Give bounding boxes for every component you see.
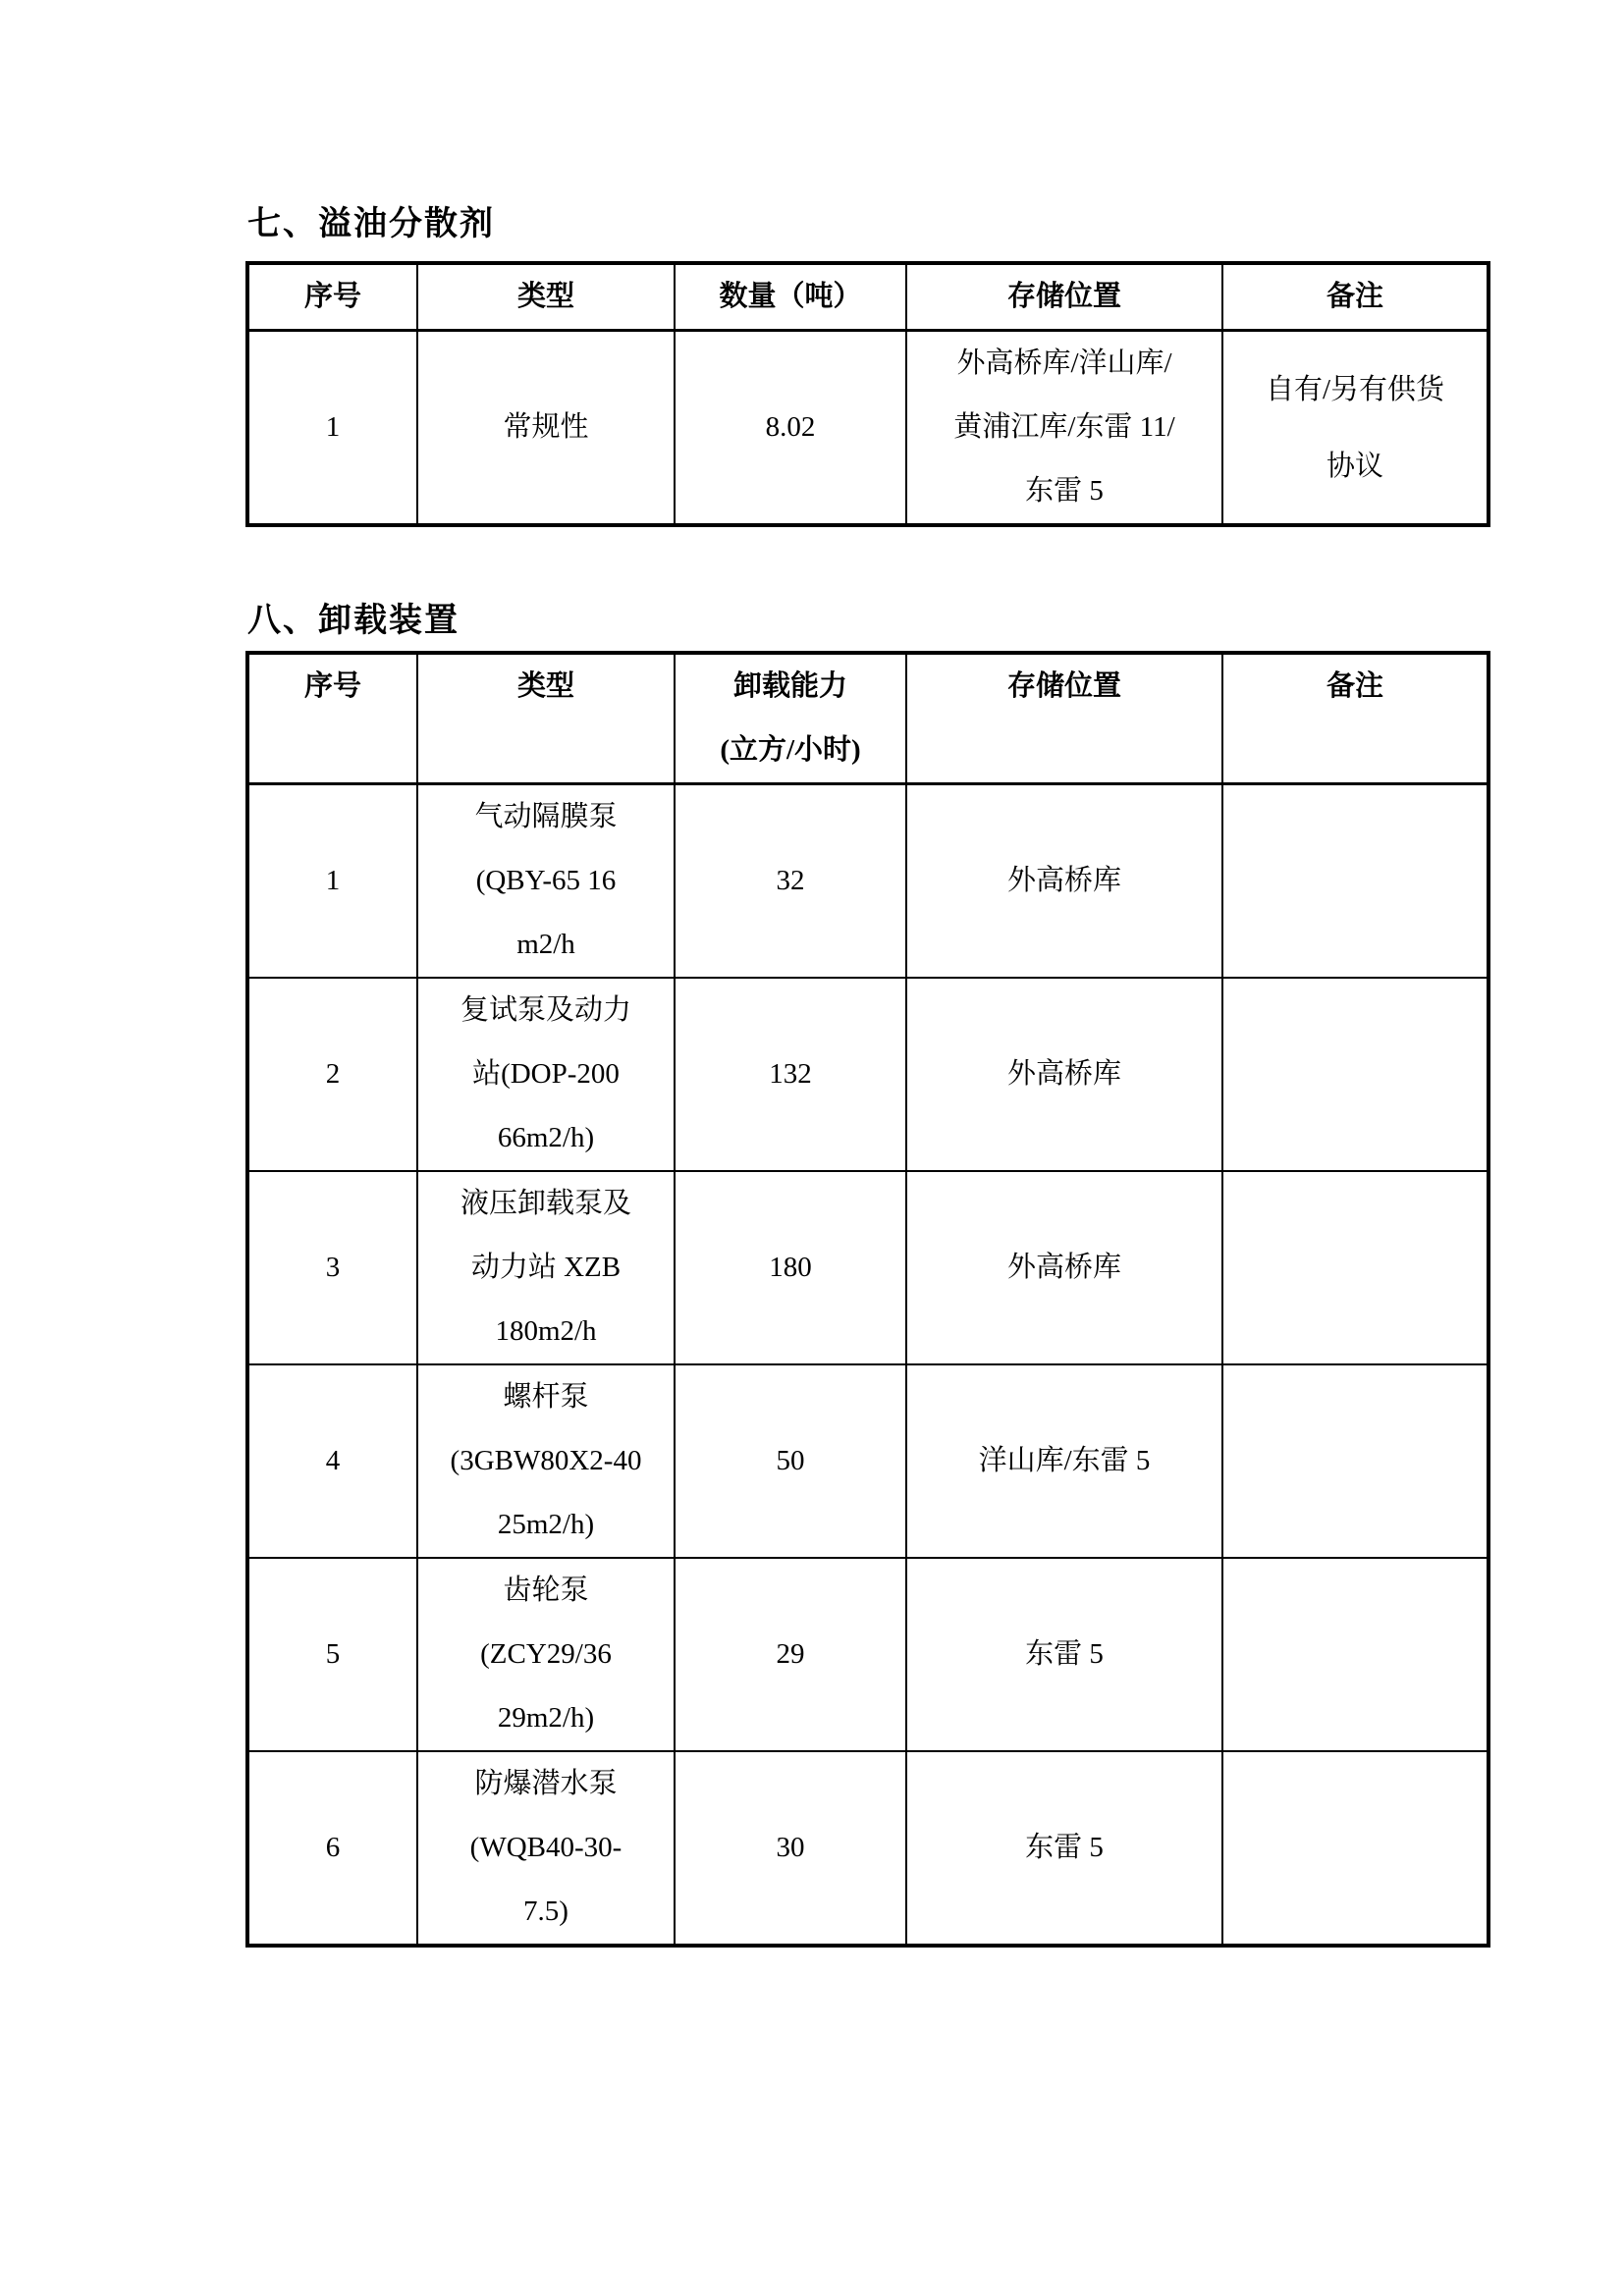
cell-type: 齿轮泵 (ZCY29/36 29m2/h): [417, 1558, 675, 1751]
type-line: 25m2/h): [418, 1493, 674, 1557]
cell-location: 外高桥库/洋山库/ 黄浦江库/东雷 11/ 东雷 5: [906, 331, 1222, 526]
cell-remark: [1222, 1751, 1489, 1946]
type-line: 复试泵及动力: [418, 979, 674, 1042]
cell-serial: 4: [247, 1364, 417, 1558]
cell-type: 气动隔膜泵 (QBY-65 16 m2/h: [417, 784, 675, 979]
table-row: 6 防爆潜水泵 (WQB40-30- 7.5) 30 东雷 5: [247, 1751, 1489, 1946]
location-line: 外高桥库/洋山库/: [907, 332, 1221, 396]
cell-serial: 5: [247, 1558, 417, 1751]
cell-remark: 自有/另有供货 协议: [1222, 331, 1489, 526]
location-line: 黄浦江库/东雷 11/: [907, 396, 1221, 459]
capacity-value: 132: [676, 1042, 905, 1106]
cell-capacity: 32: [675, 784, 906, 979]
dispersant-table: 序号 类型 数量（吨） 存储位置 备注 1 常规性 8.02 外高桥库/洋山库/…: [245, 261, 1490, 527]
header-capacity-line1: 卸载能力: [676, 655, 905, 719]
header-location-label: 存储位置: [907, 655, 1221, 719]
cell-type: 液压卸载泵及 动力站 XZB 180m2/h: [417, 1171, 675, 1364]
type-line: 站(DOP-200: [418, 1042, 674, 1106]
cell-remark: [1222, 1171, 1489, 1364]
cell-location: 外高桥库: [906, 978, 1222, 1171]
serial-value: 5: [249, 1623, 416, 1686]
type-value: 常规性: [418, 396, 674, 459]
cell-capacity: 29: [675, 1558, 906, 1751]
header-type: 类型: [417, 653, 675, 784]
type-line: (WQB40-30-: [418, 1816, 674, 1880]
header-remark: 备注: [1222, 263, 1489, 331]
type-line: 防爆潜水泵: [418, 1752, 674, 1816]
cell-remark: [1222, 784, 1489, 979]
cell-location: 东雷 5: [906, 1558, 1222, 1751]
header-serial-label: 序号: [249, 265, 416, 329]
serial-value: 6: [249, 1816, 416, 1880]
cell-serial: 2: [247, 978, 417, 1171]
type-line: (ZCY29/36: [418, 1623, 674, 1686]
remark-line: 自有/另有供货: [1223, 351, 1487, 428]
header-remark-label: 备注: [1223, 655, 1487, 719]
cell-remark: [1222, 1558, 1489, 1751]
serial-value: 1: [249, 396, 416, 459]
table-row: 1 气动隔膜泵 (QBY-65 16 m2/h 32 外高桥库: [247, 784, 1489, 979]
cell-location: 外高桥库: [906, 1171, 1222, 1364]
type-line: 螺杆泵: [418, 1365, 674, 1429]
location-value: 外高桥库: [907, 849, 1221, 913]
type-line: (QBY-65 16: [418, 849, 674, 913]
cell-serial: 1: [247, 784, 417, 979]
cell-location: 洋山库/东雷 5: [906, 1364, 1222, 1558]
location-value: 外高桥库: [907, 1042, 1221, 1106]
header-quantity: 数量（吨）: [675, 263, 906, 331]
type-line: 7.5): [418, 1880, 674, 1944]
type-line: 180m2/h: [418, 1300, 674, 1363]
cell-type: 防爆潜水泵 (WQB40-30- 7.5): [417, 1751, 675, 1946]
type-line: m2/h: [418, 913, 674, 977]
capacity-value: 50: [676, 1429, 905, 1493]
section-7-heading: 七、溢油分散剂: [247, 196, 495, 244]
header-serial: 序号: [247, 263, 417, 331]
table-row: 2 复试泵及动力 站(DOP-200 66m2/h) 132 外高桥库: [247, 978, 1489, 1171]
table-row: 5 齿轮泵 (ZCY29/36 29m2/h) 29 东雷 5: [247, 1558, 1489, 1751]
header-serial: 序号: [247, 653, 417, 784]
location-value: 东雷 5: [907, 1623, 1221, 1686]
cell-serial: 6: [247, 1751, 417, 1946]
cell-location: 东雷 5: [906, 1751, 1222, 1946]
header-serial-label: 序号: [249, 655, 416, 719]
header-capacity: 卸载能力 (立方/小时): [675, 653, 906, 784]
cell-location: 外高桥库: [906, 784, 1222, 979]
capacity-value: 32: [676, 849, 905, 913]
location-value: 外高桥库: [907, 1236, 1221, 1300]
document-page: 七、溢油分散剂 序号 类型 数量（吨） 存储位置 备注 1 常规性 8.02 外…: [0, 0, 1624, 2296]
type-line: 29m2/h): [418, 1686, 674, 1750]
header-remark-label: 备注: [1223, 265, 1487, 329]
serial-value: 2: [249, 1042, 416, 1106]
cell-capacity: 50: [675, 1364, 906, 1558]
type-line: 动力站 XZB: [418, 1236, 674, 1300]
cell-capacity: 180: [675, 1171, 906, 1364]
type-line: 气动隔膜泵: [418, 785, 674, 849]
header-type-label: 类型: [418, 655, 674, 719]
cell-remark: [1222, 978, 1489, 1171]
header-capacity-line2: (立方/小时): [676, 719, 905, 782]
location-value: 洋山库/东雷 5: [907, 1429, 1221, 1493]
header-location: 存储位置: [906, 263, 1222, 331]
cell-remark: [1222, 1364, 1489, 1558]
location-line: 东雷 5: [907, 459, 1221, 523]
capacity-value: 180: [676, 1236, 905, 1300]
type-line: 液压卸载泵及: [418, 1172, 674, 1236]
header-remark: 备注: [1222, 653, 1489, 784]
cell-type: 常规性: [417, 331, 675, 526]
cell-type: 螺杆泵 (3GBW80X2-40 25m2/h): [417, 1364, 675, 1558]
capacity-value: 30: [676, 1816, 905, 1880]
table-row: 1 常规性 8.02 外高桥库/洋山库/ 黄浦江库/东雷 11/ 东雷 5 自有…: [247, 331, 1489, 526]
capacity-value: 29: [676, 1623, 905, 1686]
section-8-heading: 八、卸载装置: [247, 593, 460, 641]
cell-type: 复试泵及动力 站(DOP-200 66m2/h): [417, 978, 675, 1171]
table-row: 4 螺杆泵 (3GBW80X2-40 25m2/h) 50 洋山库/东雷 5: [247, 1364, 1489, 1558]
cell-serial: 3: [247, 1171, 417, 1364]
quantity-value: 8.02: [676, 396, 905, 459]
type-line: (3GBW80X2-40: [418, 1429, 674, 1493]
header-type-label: 类型: [418, 265, 674, 329]
header-location: 存储位置: [906, 653, 1222, 784]
type-line: 66m2/h): [418, 1106, 674, 1170]
remark-line: 协议: [1223, 428, 1487, 505]
cell-quantity: 8.02: [675, 331, 906, 526]
cell-capacity: 30: [675, 1751, 906, 1946]
unloading-table: 序号 类型 卸载能力 (立方/小时) 存储位置 备注 1 气动隔膜泵 (QBY-…: [245, 651, 1490, 1948]
table-row: 3 液压卸载泵及 动力站 XZB 180m2/h 180 外高桥库: [247, 1171, 1489, 1364]
location-value: 东雷 5: [907, 1816, 1221, 1880]
serial-value: 4: [249, 1429, 416, 1493]
header-quantity-label: 数量（吨）: [676, 265, 905, 329]
table-header-row: 序号 类型 数量（吨） 存储位置 备注: [247, 263, 1489, 331]
header-type: 类型: [417, 263, 675, 331]
type-line: 齿轮泵: [418, 1559, 674, 1623]
header-location-label: 存储位置: [907, 265, 1221, 329]
serial-value: 1: [249, 849, 416, 913]
cell-serial: 1: [247, 331, 417, 526]
serial-value: 3: [249, 1236, 416, 1300]
table-header-row: 序号 类型 卸载能力 (立方/小时) 存储位置 备注: [247, 653, 1489, 784]
cell-capacity: 132: [675, 978, 906, 1171]
